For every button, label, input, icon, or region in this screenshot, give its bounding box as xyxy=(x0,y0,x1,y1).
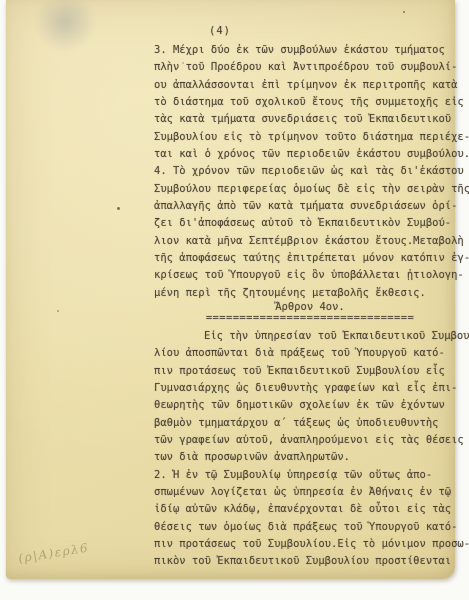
typed-line: τὸ διάστημα τοῦ σχολικοῦ ἔτους τῆς συμμε… xyxy=(154,94,466,111)
typed-line: βαθμὸν τμηματάρχου α΄ τάξεως ὡς ὑποδιευθ… xyxy=(154,415,466,432)
page-number: (4) xyxy=(209,25,231,37)
typed-line: λίου ἀποσπῶνται διὰ πράξεως τοῦ Ὑπουργοῦ… xyxy=(154,345,466,362)
typed-line: 2. Ἡ ἐν τῷ Συμβουλίῳ ὑπηρεσίᾳ τῶν οὕτως … xyxy=(154,467,466,484)
typed-line: ου ἀπαλλάσσονται ἐπὶ τρίμηνον ἐκ περιτρο… xyxy=(154,77,466,94)
heading-underline: =============================== xyxy=(154,313,466,325)
typed-line: 3. Μέχρι δύο ἐκ τῶν συμβούλων ἑκάστου τμ… xyxy=(154,42,466,59)
typed-line: Συμβουλίου εἰς τὸ τρίμηνον τοῦτο διάστημ… xyxy=(154,129,466,146)
typed-line: πιν προτάσεως τοῦ Ἐκπαιδευτικοῦ Συμβουλί… xyxy=(154,363,466,380)
ink-speck xyxy=(403,11,405,13)
typed-line: πιν προτάσεως τοῦ Συμβουλίου.Εἰς τὸ μόνι… xyxy=(154,536,466,553)
typed-line: Συμβούλου περιφερείας ὁμοίως δὲ εἰς τὴν … xyxy=(154,181,466,198)
article-body: Εἰς τὴν ὑπηρεσίαν τοῦ Ἐκπαιδευτικοῦ Συμβ… xyxy=(154,328,466,571)
typed-line: τὰς κατὰ τμήματα συνεδριάσεις τοῦ Ἐκπαιδ… xyxy=(154,111,466,128)
typed-line: τῶν γραφείων αὐτοῦ, ἀναπληρούμενοι εἰς τ… xyxy=(154,432,466,449)
handwritten-annotation: (ρ|Α)ερλ6 xyxy=(17,541,90,566)
typed-line: ται καὶ ὁ χρόνος τῶν περιοδειῶν ἑκάστου … xyxy=(154,146,466,163)
typed-line: ἀπαλλαγῆς ἀπὸ τῶν κατὰ τμήματα συνεδριάσ… xyxy=(154,198,466,215)
typed-line: ἰδίῳ αὐτῶν κλάδῳ, ἐπανέρχονται δὲ οὗτοι … xyxy=(154,501,466,518)
typed-line: λιον κατὰ μῆνα Σεπτέμβριον ἑκάστου ἔτους… xyxy=(154,233,466,250)
typed-line: θέσεις των ὁμοίως διὰ πράξεως τοῦ Ὑπουργ… xyxy=(154,519,466,536)
typed-line: θεωρητὴς τῶν δημοτικῶν σχολείων ἐκ τῶν ἐ… xyxy=(154,397,466,414)
typed-line: ζει δι'ἀποφάσεως αὐτοῦ τὸ Ἐκπαιδευτικὸν … xyxy=(154,215,466,232)
typed-line: πλὴν τοῦ Προέδρου καὶ Ἀντιπροέδρου τοῦ σ… xyxy=(154,59,466,76)
typed-line: πικὸν τοῦ Ἐκπαιδευτικοῦ Συμβουλίου προστ… xyxy=(154,553,466,570)
paper-stain xyxy=(34,0,96,52)
typed-line: σπωμένων λογίζεται ὡς ὑπηρεσία ἐν Ἀθήναι… xyxy=(154,484,466,501)
scanned-page: (4) 3. Μέχρι δύο ἐκ τῶν συμβούλων ἑκάστο… xyxy=(6,0,455,579)
typed-line: των διὰ προσωρινῶν ἀναπληρωτῶν. xyxy=(154,449,466,466)
typed-line: Γυμνασιάρχης ὡς διευθυντὴς γραφείων καὶ … xyxy=(154,380,466,397)
typed-line: τῆς ἀποφάσεως ταύτης ἐπιτρέπεται μόνον κ… xyxy=(154,250,466,267)
typed-line: μένη περὶ τῆς ζητουμένης μεταβολῆς ἔκθεσ… xyxy=(154,285,466,302)
typed-line: κρίσεως τοῦ Ὑπουργοῦ εἰς ὃν ὑποβάλλεται … xyxy=(154,267,466,284)
typed-line: 4. Τὸ χρόνον τῶν περιοδειῶν ὡς καὶ τὰς δ… xyxy=(154,163,466,180)
ink-speck xyxy=(57,310,59,312)
typed-text-column: 3. Μέχρι δύο ἐκ τῶν συμβούλων ἑκάστου τμ… xyxy=(154,42,466,571)
typed-line: Εἰς τὴν ὑπηρεσίαν τοῦ Ἐκπαιδευτικοῦ Συμβ… xyxy=(154,328,466,345)
ink-speck xyxy=(117,207,120,210)
